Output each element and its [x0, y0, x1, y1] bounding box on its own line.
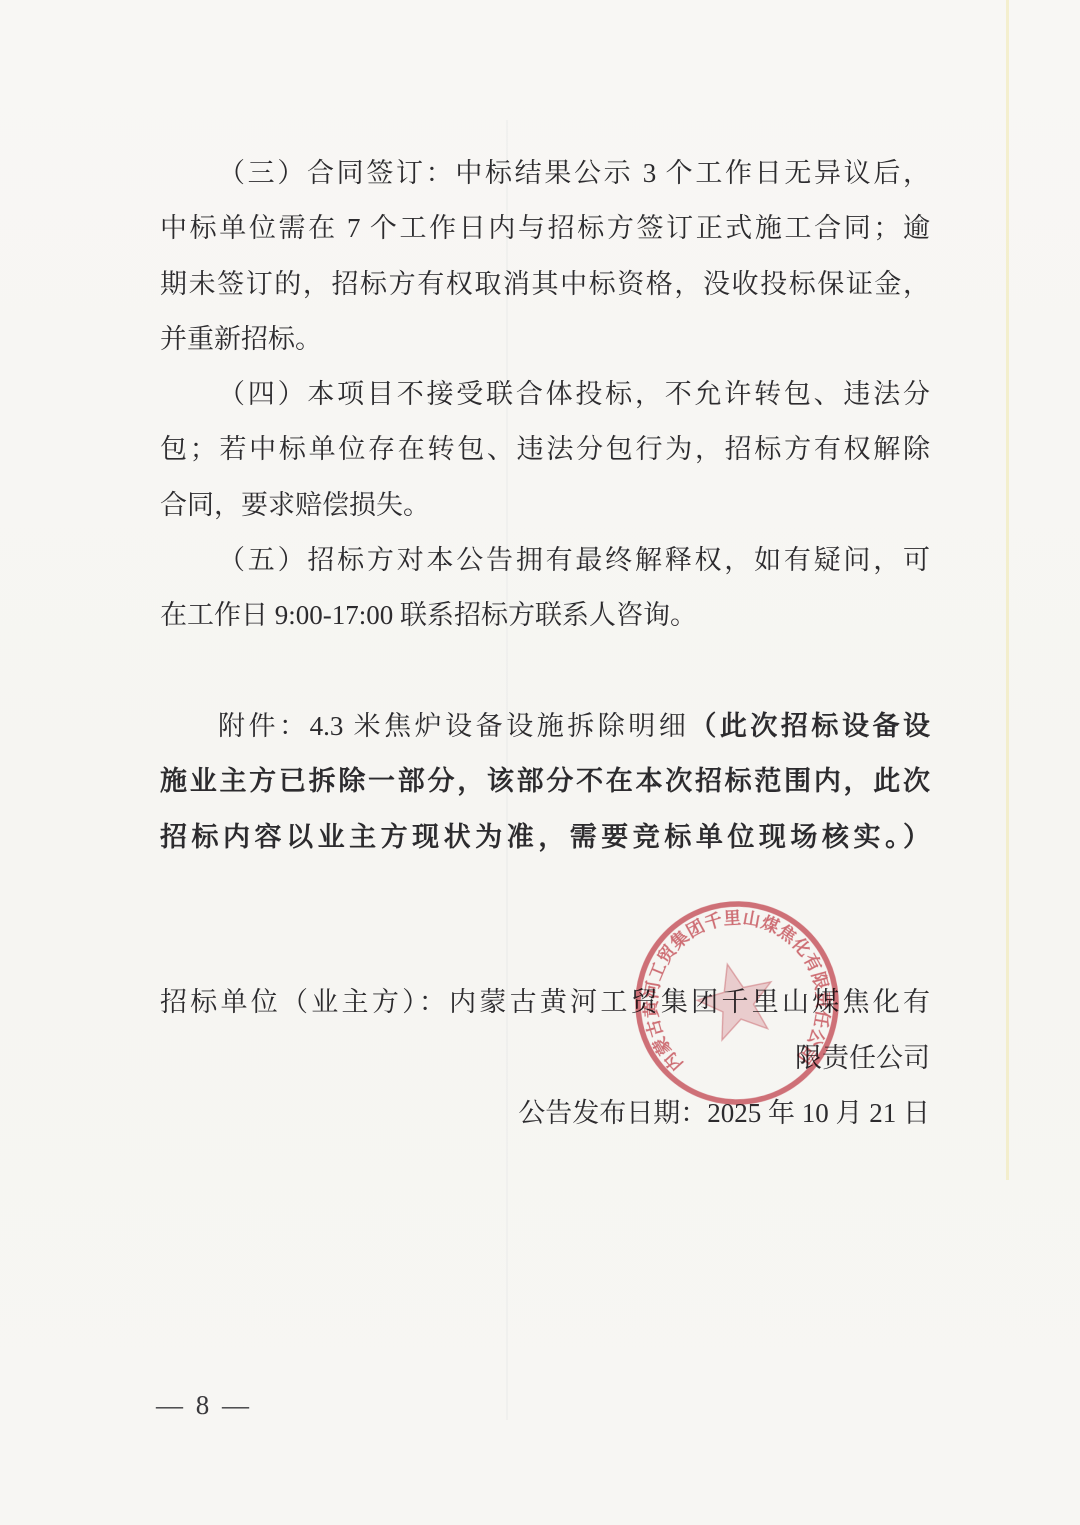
clause-3-line: 中标单位需在 7 个工作日内与招标方签订正式施工合同；逾 [160, 201, 930, 256]
document-page: （三）合同签订：中标结果公示 3 个工作日无异议后， 中标单位需在 7 个工作日… [0, 0, 1080, 1525]
tender-unit-line-continued: 限责任公司 [160, 1031, 930, 1086]
clause-4-line: （四）本项目不接受联合体投标，不允许转包、违法分 [160, 367, 930, 422]
clause-4-line: 合同，要求赔偿损失。 [160, 478, 930, 533]
clause-5-line: 在工作日 9:00-17:00 联系招标方联系人咨询。 [160, 588, 930, 643]
scan-artifact-line [1006, 0, 1009, 1180]
announcement-date-line: 公告发布日期：2025 年 10 月 21 日 [160, 1086, 930, 1141]
clause-4-line: 包；若中标单位存在转包、违法分包行为，招标方有权解除 [160, 422, 930, 477]
clause-3-line: 并重新招标。 [160, 312, 930, 367]
attachment-line: 附件：4.3 米焦炉设备设施拆除明细（此次招标设备设 [160, 699, 930, 754]
attachment-bold-line: 施业主方已拆除一部分，该部分不在本次招标范围内，此次 [160, 754, 930, 809]
attachment-lead-text: 附件：4.3 米焦炉设备设施拆除明细 [218, 711, 689, 741]
clause-3-line: （三）合同签订：中标结果公示 3 个工作日无异议后， [160, 146, 930, 201]
attachment-bold-line: 招标内容以业主方现状为准，需要竞标单位现场核实。） [160, 810, 930, 865]
blank-line [160, 644, 930, 699]
clause-3-line: 期未签订的，招标方有权取消其中标资格，没收投标保证金， [160, 257, 930, 312]
clause-5-line: （五）招标方对本公告拥有最终解释权，如有疑问，可 [160, 533, 930, 588]
page-number: — 8 — [156, 1390, 252, 1421]
document-body: （三）合同签订：中标结果公示 3 个工作日无异议后， 中标单位需在 7 个工作日… [160, 146, 930, 1141]
tender-unit-line: 招标单位（业主方）：内蒙古黄河工贸集团千里山煤焦化有 [160, 975, 930, 1030]
blank-line [160, 865, 930, 920]
attachment-bold-text: （此次招标设备设 [689, 711, 930, 741]
blank-line [160, 920, 930, 975]
